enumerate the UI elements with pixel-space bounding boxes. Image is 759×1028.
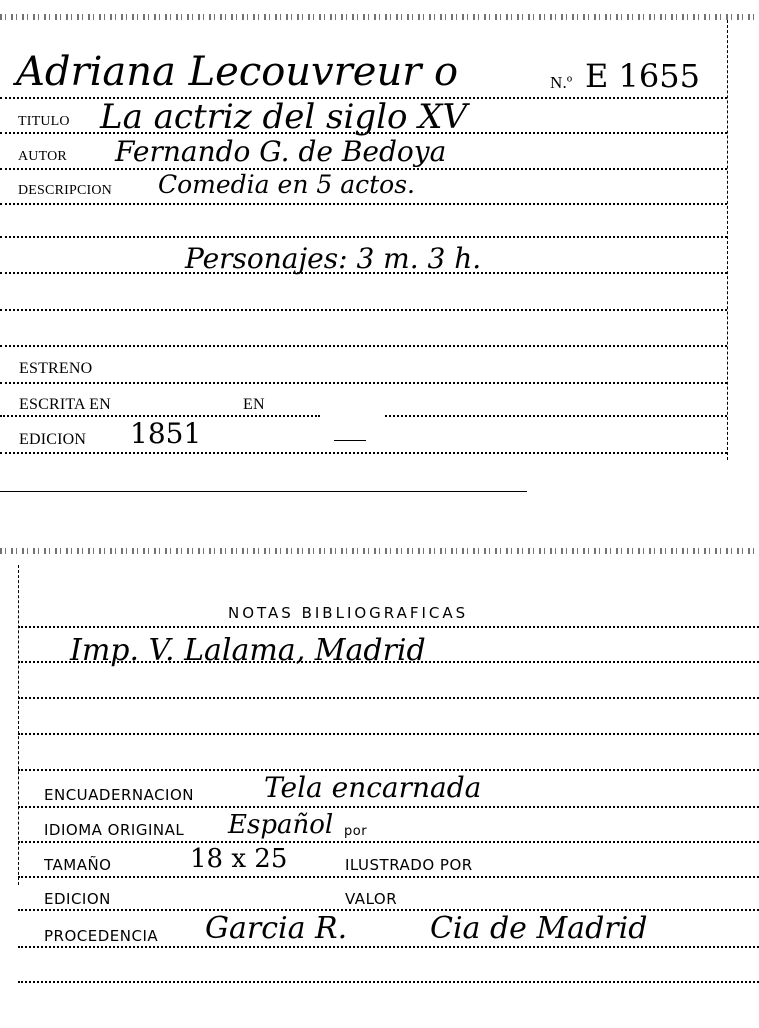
idioma-original-value: Español (228, 812, 333, 838)
card-heading: Adriana Lecouvreur o (16, 52, 458, 92)
rule (0, 132, 727, 134)
rule (18, 806, 759, 808)
autor-value: Fernando G. de Bedoya (115, 138, 446, 166)
card-left-border (18, 565, 19, 885)
escrita-en-label: ESCRITA EN (19, 396, 111, 414)
valor-label: VALOR (345, 890, 397, 908)
procedencia-value-2: Cia de Madrid (430, 914, 647, 944)
encuadernacion-label: ENCUADERNACION (44, 786, 194, 804)
number-label: N.º (550, 74, 572, 92)
procedencia-label: PROCEDENCIA (44, 927, 158, 945)
idioma-original-label: IDIOMA ORIGINAL (44, 821, 184, 839)
rule (0, 203, 727, 205)
encuadernacion-value: Tela encarnada (264, 774, 481, 802)
edicion-label: EDICION (19, 431, 86, 449)
rule (18, 626, 759, 628)
procedencia-value: Garcia R. (205, 914, 347, 944)
idioma-original-suffix: por (344, 823, 367, 841)
tamano-label: TAMAÑO (44, 856, 112, 874)
rule (18, 909, 759, 911)
rule (18, 946, 759, 948)
tamano-value: 18 x 25 (190, 846, 287, 872)
edicion-value: 1851 (130, 420, 201, 448)
card-bottom-rule (0, 491, 527, 492)
rule (0, 452, 727, 454)
card-right-border (727, 20, 728, 460)
rule (0, 272, 727, 274)
rule (0, 345, 727, 347)
card-number: E 1655 (585, 60, 700, 92)
rule (385, 415, 727, 417)
dash-mark (334, 440, 366, 441)
descripcion-label: DESCRIPCION (18, 182, 112, 200)
ilustrado-por-label: ILUSTRADO POR (345, 856, 473, 874)
rule (18, 661, 759, 663)
card-bottom-edge (0, 548, 759, 554)
section-title: NOTAS BIBLIOGRAFICAS (228, 604, 468, 622)
edicion-label-bottom: EDICION (44, 890, 111, 908)
rule (18, 981, 759, 983)
autor-label: AUTOR (18, 148, 67, 166)
titulo-value: La actriz del siglo XV (100, 100, 467, 134)
rule (18, 697, 759, 699)
personajes-value: Personajes: 3 m. 3 h. (185, 245, 481, 273)
estreno-label: ESTRENO (19, 360, 92, 378)
rule (0, 382, 727, 384)
card-top-edge (0, 14, 759, 20)
rule (18, 733, 759, 735)
rule (18, 876, 759, 878)
rule (18, 841, 759, 843)
escrita-en-en-label: EN (243, 396, 265, 414)
rule (0, 236, 727, 238)
titulo-label: TITULO (18, 113, 70, 131)
rule (0, 309, 727, 311)
descripcion-value: Comedia en 5 actos. (158, 172, 415, 197)
